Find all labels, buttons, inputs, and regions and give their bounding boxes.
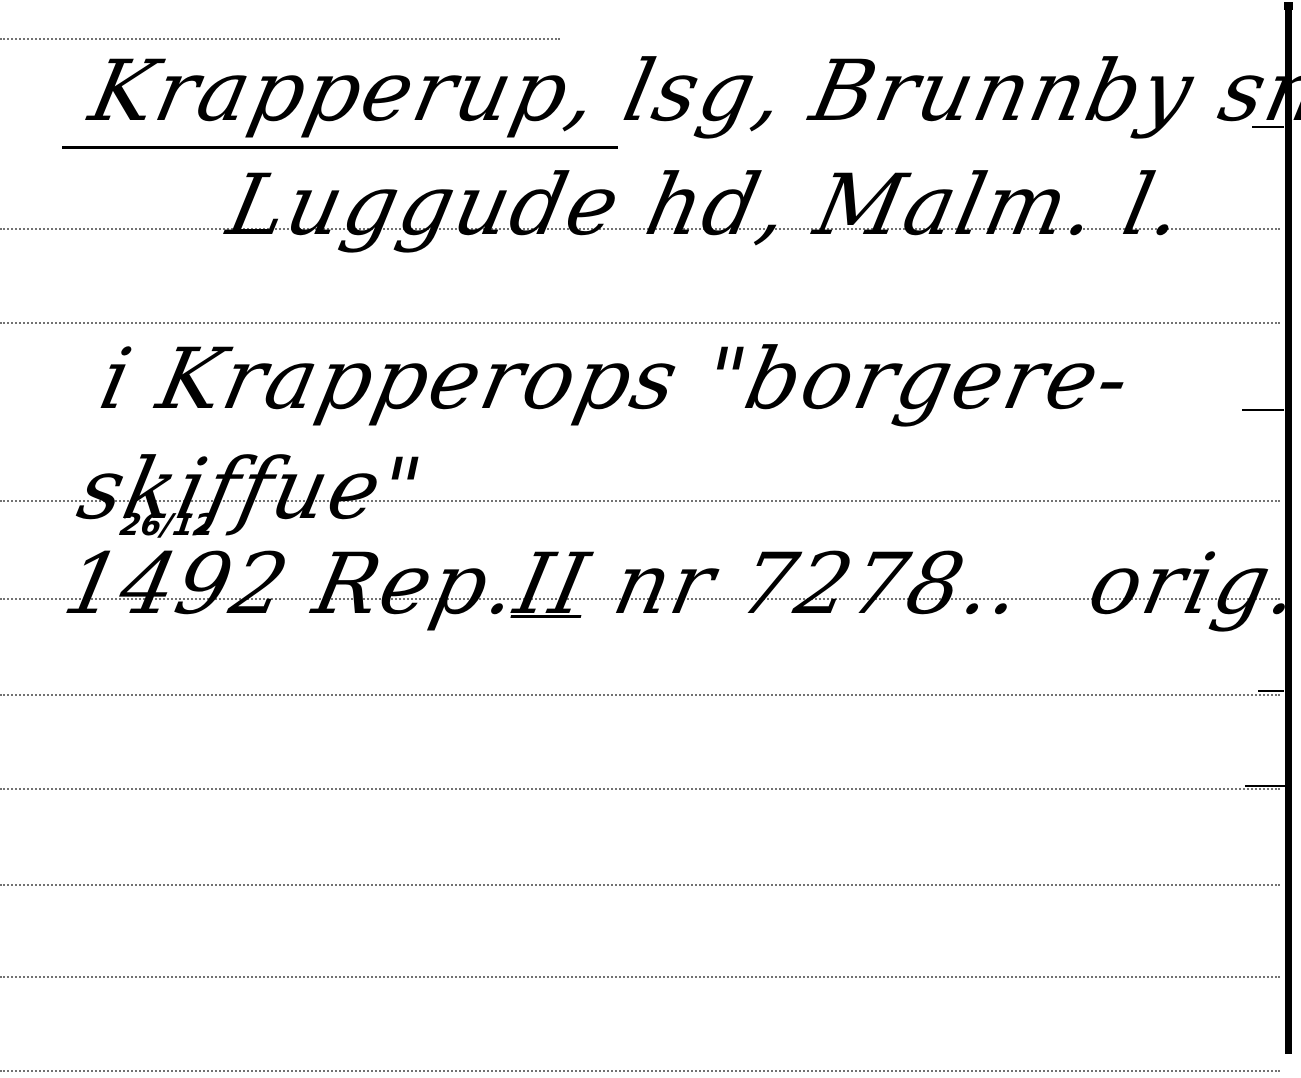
ruled-line: [0, 1070, 1280, 1072]
handwritten-line-5: 1492Rep.IInr7278..orig.: [56, 535, 1301, 633]
ruled-line: [0, 38, 560, 40]
ruled-line: [0, 884, 1280, 886]
year: 1492: [56, 535, 299, 633]
heading-underline: [62, 146, 618, 149]
source-abbrev: Rep.: [306, 535, 528, 633]
ruled-line: [0, 322, 1280, 324]
place-description: , lsg, Brunnby sn,: [558, 42, 1301, 140]
ruled-line-tick: [1245, 785, 1285, 787]
ruled-line: [0, 976, 1280, 978]
record-number: 7278..: [732, 535, 1032, 633]
index-card: Krapperup, lsg, Brunnby sn, Luggude hd, …: [0, 0, 1301, 1078]
place-name-heading: Krapperup: [82, 42, 579, 140]
number-label: nr: [606, 535, 725, 633]
ruled-line-tick: [1258, 690, 1284, 692]
handwritten-line-1: Krapperup, lsg, Brunnby sn,: [82, 42, 1301, 140]
card-right-edge: [1285, 4, 1292, 1054]
handwritten-line-2: Luggude hd, Malm. l.: [220, 156, 1193, 254]
ruled-line-tick: [1242, 409, 1284, 411]
handwritten-line-3: i Krapperops "borgere-: [92, 330, 1140, 428]
original-status: orig.: [1081, 535, 1301, 633]
ruled-line: [0, 694, 1280, 696]
ruled-line: [0, 788, 1280, 790]
